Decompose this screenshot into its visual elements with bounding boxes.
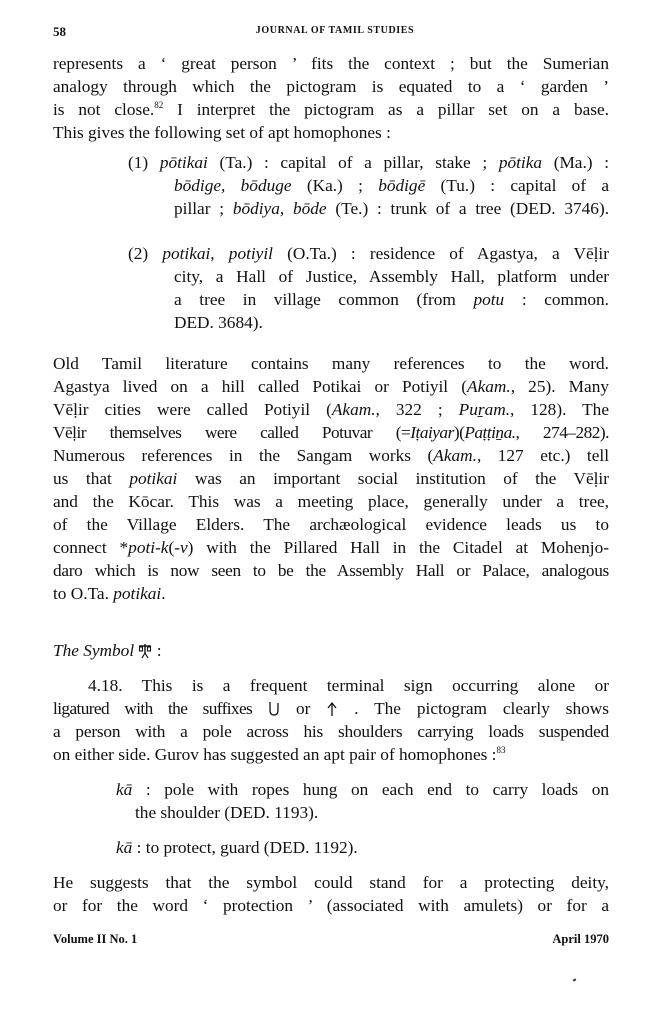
list-number: (2): [128, 244, 148, 263]
footnote-ref-82[interactable]: 82: [154, 100, 163, 110]
ka-entry-1-line-2: the shoulder (DED. 1193).: [135, 802, 318, 824]
arrow-up-suffix-sign-icon: [326, 701, 338, 723]
lit-line-7: and the Kōcar. This was a meeting place,…: [53, 491, 609, 513]
footnote-ref-83[interactable]: 83: [496, 745, 505, 755]
person-carrying-pole-sign-icon: [138, 643, 152, 665]
section-heading-text: The Symbol: [53, 641, 134, 660]
intro-line-2: analogy through which the pictogram is e…: [53, 76, 609, 98]
journal-page: 58 JOURNAL OF TAMIL STUDIES represents a…: [0, 0, 670, 1023]
running-header-title: JOURNAL OF TAMIL STUDIES: [0, 25, 670, 36]
scan-speck: [573, 978, 577, 981]
lit-line-6: us that potikai was an important social …: [53, 468, 609, 490]
lit-line-3: Vēḷir cities were called Potiyil (Akam.,…: [53, 399, 609, 421]
homophone-1-line-2: bōdige, bōduge (Ka.) ; bōdigē (Tu.) : ca…: [174, 175, 609, 197]
homophone-2-line-2: city, a Hall of Justice, Assembly Hall, …: [174, 266, 609, 288]
section-heading: The Symbol :: [53, 640, 609, 665]
lit-line-9: connect *poti-k(-v) with the Pillared Ha…: [53, 537, 609, 559]
lit-line-10: daro which is now seen to be the Assembl…: [53, 560, 609, 582]
u-shaped-suffix-sign-icon: [268, 701, 280, 723]
symbol-line-3: a person with a pole across his shoulder…: [53, 721, 609, 743]
homophone-1-line-3: pillar ; bōdiya, bōde (Te.) : trunk of a…: [174, 198, 609, 220]
homophone-1-line-1: (1) pōtikai (Ta.) : capital of a pillar,…: [128, 152, 609, 174]
footer-date: April 1970: [552, 932, 609, 947]
intro-line-3: is not close.82 I interpret the pictogra…: [53, 99, 609, 121]
ka-entry-2-line-1: kā : to protect, guard (DED. 1192).: [116, 837, 609, 859]
symbol-line-1: 4.18. This is a frequent terminal sign o…: [88, 675, 609, 697]
lit-line-1: Old Tamil literature contains many refer…: [53, 353, 609, 375]
closing-line-2: or for the word ‘ protection ’ (associat…: [53, 895, 609, 917]
footer-volume: Volume II No. 1: [53, 932, 137, 947]
ka-entry-1-line-1: kā : pole with ropes hung on each end to…: [116, 779, 609, 801]
lit-line-5: Numerous references in the Sangam works …: [53, 445, 609, 467]
symbol-line-4: on either side. Gurov has suggested an a…: [53, 744, 609, 766]
homophone-2-line-1: (2) potikai, potiyil (O.Ta.) : residence…: [128, 243, 609, 265]
lit-line-4: Vēḷir themselves were called Potuvar (=I…: [53, 422, 609, 444]
lit-line-11: to O.Ta. potikai.: [53, 583, 609, 605]
symbol-line-2: ligatured with the suffixes or . The pic…: [53, 698, 609, 723]
lit-line-2: Agastya lived on a hill called Potikai o…: [53, 376, 609, 398]
homophone-2-line-3: a tree in village common (from potu : co…: [174, 289, 609, 311]
lit-line-8: of the Village Elders. The archæological…: [53, 514, 609, 536]
homophone-2-line-4: DED. 3684).: [174, 312, 609, 334]
ka-term: kā: [116, 838, 132, 857]
closing-line-1: He suggests that the symbol could stand …: [53, 872, 609, 894]
intro-line-4: This gives the following set of apt homo…: [53, 122, 609, 144]
list-number: (1): [128, 153, 148, 172]
ka-term: kā: [116, 780, 132, 799]
intro-line-1: represents a ‘ great person ’ fits the c…: [53, 53, 609, 75]
